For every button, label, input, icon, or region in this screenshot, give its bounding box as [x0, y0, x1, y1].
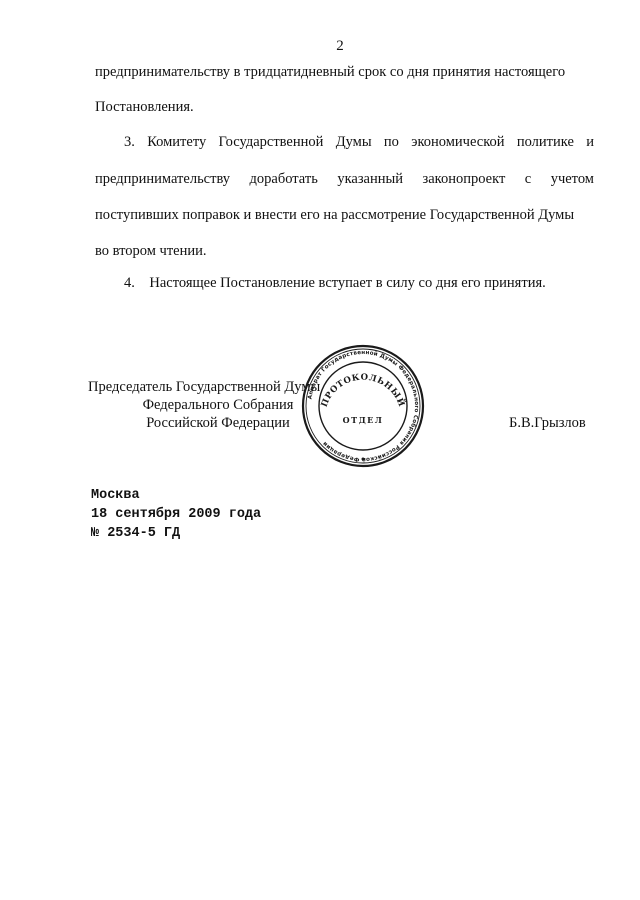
word: Комитету: [147, 133, 206, 151]
item-3-line-2: предпринимательству доработать указанный…: [95, 170, 594, 188]
item-3-line-1: 3. Комитету Государственной Думы по экон…: [124, 133, 594, 151]
seal-inner-top-text: ПРОТОКОЛЬНЫЙ: [320, 373, 410, 409]
word: указанный: [337, 170, 403, 188]
place-date-number-block: Москва 18 сентября 2009 года № 2534-5 ГД: [91, 486, 261, 543]
item-3-line-4: во втором чтении.: [95, 242, 207, 260]
word: Государственной: [219, 133, 324, 151]
paragraph-continuation-line-1: предпринимательству в тридцатидневный ср…: [95, 63, 565, 81]
word: политике: [517, 133, 574, 151]
word: доработать: [250, 170, 318, 188]
svg-text:ПРОТОКОЛЬНЫЙ: ПРОТОКОЛЬНЫЙ: [320, 373, 410, 409]
date: 18 сентября 2009 года: [91, 505, 261, 524]
page-number: 2: [20, 38, 640, 55]
word: экономической: [411, 133, 504, 151]
document-number: № 2534-5 ГД: [91, 524, 261, 543]
word: по: [384, 133, 399, 151]
word: с: [525, 170, 531, 188]
item-4: 4. Настоящее Постановление вступает в си…: [124, 274, 546, 292]
signer-name: Б.В.Грызлов: [509, 415, 586, 432]
paragraph-continuation-line-2: Постановления.: [95, 98, 194, 116]
item-4-text: Настоящее Постановление вступает в силу …: [149, 275, 545, 291]
word: Думы: [336, 133, 372, 151]
item-3-number: 3.: [124, 133, 135, 151]
item-4-number: 4.: [124, 275, 135, 291]
official-seal-stamp: Аппарат Государственной Думы Федеральног…: [300, 343, 426, 469]
word: предпринимательству: [95, 170, 230, 188]
seal-inner-center-text: ОТДЕЛ: [343, 415, 384, 425]
word: и: [586, 133, 594, 151]
word: учетом: [551, 170, 594, 188]
word: законопроект: [423, 170, 506, 188]
city: Москва: [91, 486, 261, 505]
item-3-line-3: поступивших поправок и внести его на рас…: [95, 206, 574, 224]
